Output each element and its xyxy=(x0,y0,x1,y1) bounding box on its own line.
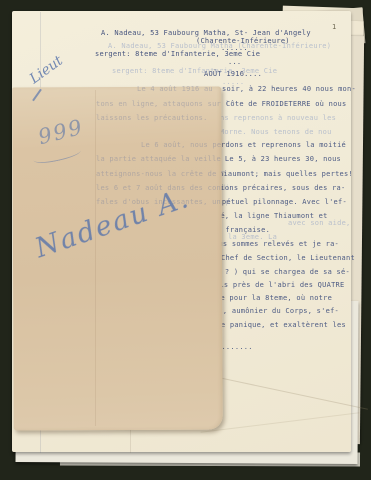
typed-line: Chef de Section, le Lieutenant xyxy=(221,254,355,262)
typed-line: erpétuel pilonnage. Avec l'ef- xyxy=(213,198,347,206)
carbon-ghost-line: A. Nadeau, 53 Faubourg Matha (Charente-I… xyxy=(108,42,331,50)
ghost-line: tons en ligne, attaquons sur l xyxy=(96,100,230,108)
ghost-line: atteignons-nous la crête de T xyxy=(96,170,225,178)
overlay-crease xyxy=(95,90,96,426)
typed-line: rdons et reprenons la moitié xyxy=(221,141,346,149)
typed-line: mé, la ligne Thiaumont et xyxy=(216,212,328,220)
typed-line: ( ? ) qui se chargea de sa sé- xyxy=(216,268,350,276)
typed-line: . Le 5, à 23 heures 30, nous xyxy=(216,155,341,163)
typed-line: tions précaires, sous des ra- xyxy=(216,184,345,192)
page-number: 1 xyxy=(332,23,336,31)
typed-line: ut, aumônier du Corps, s'ef- xyxy=(214,307,339,315)
header-line: A. Nadeau, 53 Faubourg Matha, St- Jean d… xyxy=(101,29,311,37)
ghost-line: Le 4 août 1916 au xyxy=(137,85,213,93)
carbon-ghost-line: ns reprenons à nouveau les xyxy=(220,114,336,122)
typed-line: ois près de l'abri des QUATRE xyxy=(215,281,344,289)
scanned-document-photo: 1 A. Nadeau, 53 Faubourg Matha, St- Jean… xyxy=(0,0,371,480)
typed-line: soir, à 22 heures 40 nous mon- xyxy=(222,85,356,93)
page-crease xyxy=(130,430,131,453)
carbon-ghost-line: avec son aide, xyxy=(288,219,351,227)
header-dots: ... xyxy=(228,58,241,66)
ghost-line: la partie attaquée la veille xyxy=(96,155,221,163)
typed-line: ous sommes relevés et je ra- xyxy=(214,240,339,248)
typed-line: ble panique, et exaltèrent les xyxy=(212,321,346,329)
ghost-line: laissons les précautions. xyxy=(96,114,208,122)
carbon-ghost-line: t-Morne. Nous tenons de nou xyxy=(211,128,332,136)
typed-line: a Côte de FROIDETERRE où nous xyxy=(217,100,346,108)
header-line: sergent: 8teme d'Infanterie, 3eme Cie xyxy=(95,50,260,58)
typed-line: hiaumont; mais quelles pertes! xyxy=(219,170,353,178)
typed-line: le pour la 8teme, où notre xyxy=(216,294,332,302)
carbon-ghost-line: sergent: 8teme d'Infanterie, 3eme Cie xyxy=(112,67,277,75)
ghost-line: Le 6 août, nous pe xyxy=(141,141,221,149)
